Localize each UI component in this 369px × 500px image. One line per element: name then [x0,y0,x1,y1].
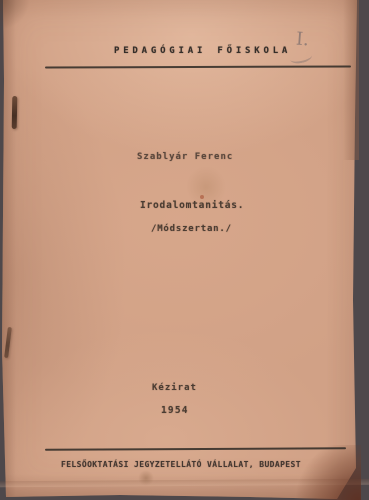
institution-header: PEDAGÓGIAI FŐISKOLA [114,47,291,56]
document-title: Irodalomtanitás. [140,201,244,211]
staple-top [12,96,18,129]
booklet-cover-paper [0,0,369,500]
publisher-line: FELSŐOKTATÁSI JEGYZETELLÁTÓ VÁLLALAT, BU… [61,461,301,469]
publication-year: 1954 [161,406,189,416]
photo-of-booklet-cover: { "document": { "institution": "PEDAGÓGI… [0,0,369,500]
manuscript-note: Kézirat [152,384,197,393]
document-subtitle: /Módszertan./ [151,225,232,234]
author-name: Szablyár Ferenc [137,153,233,162]
handwritten-pencil-mark: I. [295,29,309,51]
